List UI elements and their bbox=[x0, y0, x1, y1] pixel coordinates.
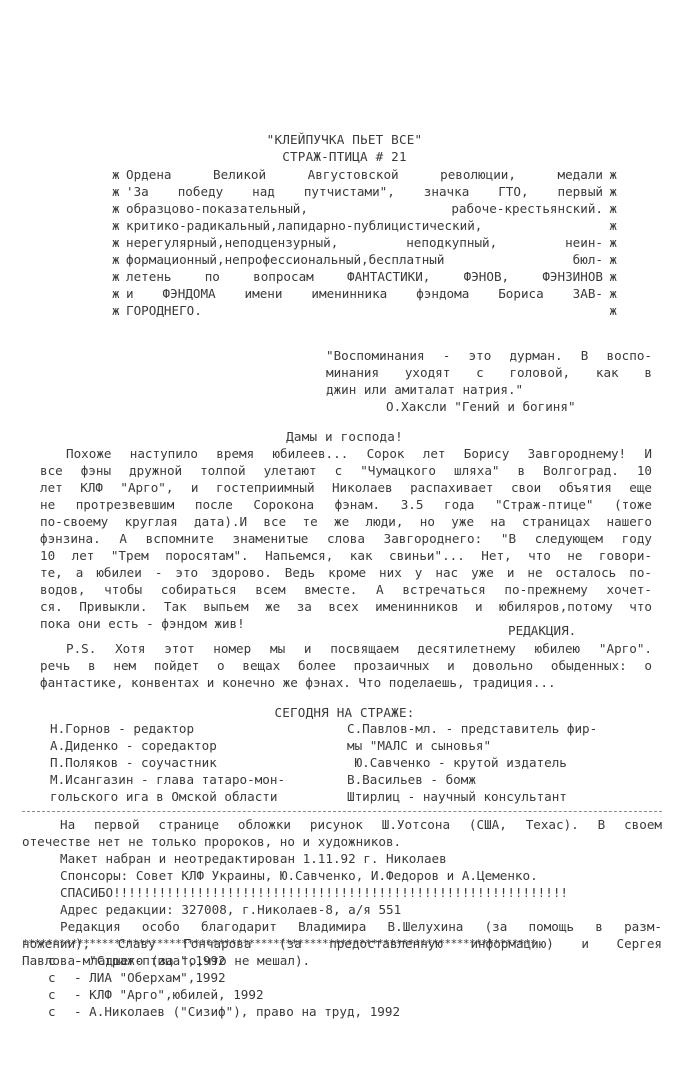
epigraph-attribution: О.Хаксли "Гений и богиня" bbox=[326, 398, 652, 415]
asterisk-icon: ж bbox=[112, 285, 120, 302]
copyright-text: - "Страж-птица",1992 bbox=[74, 953, 226, 968]
asterisk-icon: ж bbox=[112, 200, 120, 217]
cover-note-line: На первой странице обложки рисунок Ш.Уот… bbox=[22, 816, 662, 833]
copyright-text: - КЛФ "Арго",юбилей, 1992 bbox=[74, 987, 264, 1002]
section-divider bbox=[22, 811, 662, 812]
issue-number: СТРАЖ-ПТИЦА # 21 bbox=[0, 148, 689, 165]
copyright-item: c- "Страж-птица",1992 bbox=[48, 952, 548, 969]
copyright-text: - ЛИА "Оберхам",1992 bbox=[74, 970, 226, 985]
postscript-line: фантастике, конвентах и конечно же фэнах… bbox=[40, 674, 652, 691]
asterisk-icon: ж bbox=[112, 217, 120, 234]
fanzine-page: "КЛЕЙПУЧКА ПЬЕТ ВСЕ" СТРАЖ-ПТИЦА # 21 жО… bbox=[0, 0, 689, 1067]
cover-note-line: отечестве нет не только пророков, но и х… bbox=[22, 833, 662, 850]
staff-entry: Ю.Савченко - крутой издатель bbox=[347, 754, 657, 771]
editorial-body: Похоже наступило время юбилеев... Сорок … bbox=[40, 445, 652, 632]
editorial-greeting: Дамы и господа! bbox=[0, 428, 689, 445]
epigraph-line: "Воспоминания - это дурман. В воспо- bbox=[326, 347, 652, 364]
asterisk-icon: ж bbox=[609, 183, 617, 200]
copyright-item: c- ЛИА "Оберхам",1992 bbox=[48, 969, 548, 986]
staff-title: СЕГОДНЯ НА СТРАЖЕ: bbox=[0, 704, 689, 721]
epigraph: "Воспоминания - это дурман. В воспо- мин… bbox=[326, 347, 652, 415]
editorial-address: Адрес редакции: 327008, г.Николаев-8, а/… bbox=[22, 901, 662, 918]
staff-entry: М.Исангазин - глава татаро-мон- bbox=[50, 771, 350, 788]
masthead-text: образцово-показательный, рабоче-крестьян… bbox=[126, 200, 603, 217]
gratitude-line: Редакция особо благодарит Владимира В.Ше… bbox=[22, 918, 662, 935]
staff-entry: В.Васильев - бомж bbox=[347, 771, 657, 788]
masthead-block: жОрдена Великой Августовской революции, … bbox=[112, 166, 617, 319]
epigraph-line: минания уходят с головой, как в bbox=[326, 364, 652, 381]
staff-column-right: С.Павлов-мл. - представитель фир- мы "МА… bbox=[347, 720, 657, 805]
copyright-mark: c bbox=[48, 1003, 74, 1020]
editorial-line: лет КЛФ "Арго", и гостеприимный Николаев… bbox=[40, 479, 652, 496]
asterisk-icon: ж bbox=[609, 166, 617, 183]
postscript: P.S. Хотя этот номер мы и посвящаем деся… bbox=[40, 640, 652, 691]
staff-entry: Н.Горнов - редактор bbox=[50, 720, 350, 737]
copyright-mark: c bbox=[48, 952, 74, 969]
editorial-line: все фэны дружной толпой улетают с "Чумац… bbox=[40, 462, 652, 479]
editorial-line: те, а юбилеи - это здорово. Ведь кроме н… bbox=[40, 564, 652, 581]
fanzine-title: "КЛЕЙПУЧКА ПЬЕТ ВСЕ" bbox=[0, 131, 689, 148]
sponsors-line: Спонсоры: Совет КЛФ Украины, Ю.Савченко,… bbox=[22, 867, 662, 884]
staff-column-left: Н.Горнов - редактор А.Диденко - соредакт… bbox=[50, 720, 350, 805]
postscript-line: речь в нем пойдет о вещах более прозаичн… bbox=[40, 657, 652, 674]
asterisk-icon: ж bbox=[112, 234, 120, 251]
staff-entry: гольского ига в Омской области bbox=[50, 788, 350, 805]
copyright-item: c- А.Николаев ("Сизиф"), право на труд, … bbox=[48, 1003, 548, 1020]
staff-entry: С.Павлов-мл. - представитель фир- bbox=[347, 720, 657, 737]
masthead-line: жГОРОДНЕГО.ж bbox=[112, 302, 617, 319]
asterisk-icon: ж bbox=[112, 251, 120, 268]
copyright-item: c- КЛФ "Арго",юбилей, 1992 bbox=[48, 986, 548, 1003]
asterisk-icon: ж bbox=[112, 166, 120, 183]
masthead-line: жлетень по вопросам ФАНТАСТИКИ, ФЭНОВ, Ф… bbox=[112, 268, 617, 285]
masthead-line: жобразцово-показательный, рабоче-крестья… bbox=[112, 200, 617, 217]
masthead-line: ж'За победу над путчистами", значка ГТО,… bbox=[112, 183, 617, 200]
editorial-line: 10 лет "Трем поросятам". Напьемся, как с… bbox=[40, 547, 652, 564]
asterisk-icon: ж bbox=[609, 200, 617, 217]
masthead-line: жи ФЭНДОМА имени именинника фэндома Бори… bbox=[112, 285, 617, 302]
masthead-text: летень по вопросам ФАНТАСТИКИ, ФЭНОВ, ФЭ… bbox=[126, 268, 603, 285]
copyright-mark: c bbox=[48, 969, 74, 986]
asterisk-divider: ****************************************… bbox=[22, 935, 662, 952]
asterisk-icon: ж bbox=[609, 217, 617, 234]
masthead-text: нерегулярный,неподцензурный, неподкупный… bbox=[126, 234, 603, 251]
staff-entry: А.Диденко - соредактор bbox=[50, 737, 350, 754]
copyright-text: - А.Николаев ("Сизиф"), право на труд, 1… bbox=[74, 1004, 400, 1019]
postscript-line: P.S. Хотя этот номер мы и посвящаем деся… bbox=[40, 640, 652, 657]
editorial-line: водов, чтобы собираться всем вместе. А в… bbox=[40, 581, 652, 598]
asterisk-icon: ж bbox=[112, 302, 120, 319]
staff-entry: Штирлиц - научный консультант bbox=[347, 788, 657, 805]
staff-entry: П.Поляков - соучастник bbox=[50, 754, 350, 771]
copyright-mark: c bbox=[48, 986, 74, 1003]
editorial-line: не протрезвевшим после Сорокона фэнам. 3… bbox=[40, 496, 652, 513]
layout-note: Макет набран и неотредактирован 1.11.92 … bbox=[22, 850, 662, 867]
asterisk-icon: ж bbox=[112, 268, 120, 285]
asterisk-icon: ж bbox=[609, 234, 617, 251]
editorial-line: Похоже наступило время юбилеев... Сорок … bbox=[40, 445, 652, 462]
editorial-line: фэнзина. А вспомните знаменитые слова За… bbox=[40, 530, 652, 547]
masthead-line: жнерегулярный,неподцензурный, неподкупны… bbox=[112, 234, 617, 251]
staff-entry: мы "МАЛС и сыновья" bbox=[347, 737, 657, 754]
masthead-line: жкритико-радикальный,лапидарно-публицист… bbox=[112, 217, 617, 234]
masthead-text: ГОРОДНЕГО. bbox=[126, 302, 603, 319]
editorial-line: по-своему круглая дата).И все те же люди… bbox=[40, 513, 652, 530]
masthead-text: 'За победу над путчистами", значка ГТО, … bbox=[126, 183, 603, 200]
asterisk-icon: ж bbox=[609, 285, 617, 302]
editorial-line: ся. Привыкли. Так выпьем же за всех имен… bbox=[40, 598, 652, 615]
masthead-line: жформационный,непрофессиональный,бесплат… bbox=[112, 251, 617, 268]
masthead-text: Ордена Великой Августовской революции, м… bbox=[126, 166, 603, 183]
masthead-text: критико-радикальный,лапидарно-публицисти… bbox=[126, 217, 603, 234]
copyright-list: c- "Страж-птица",1992c- ЛИА "Оберхам",19… bbox=[48, 952, 548, 1020]
masthead-line: жОрдена Великой Августовской революции, … bbox=[112, 166, 617, 183]
asterisk-icon: ж bbox=[609, 302, 617, 319]
masthead-text: формационный,непрофессиональный,бесплатн… bbox=[126, 251, 603, 268]
asterisk-icon: ж bbox=[609, 268, 617, 285]
thanks-line: СПАСИБО!!!!!!!!!!!!!!!!!!!!!!!!!!!!!!!!!… bbox=[22, 884, 662, 901]
editorial-signature: РЕДАКЦИЯ. bbox=[508, 622, 576, 639]
asterisk-icon: ж bbox=[112, 183, 120, 200]
epigraph-line: джин или амиталат натрия." bbox=[326, 381, 652, 398]
asterisk-icon: ж bbox=[609, 251, 617, 268]
masthead-text: и ФЭНДОМА имени именинника фэндома Борис… bbox=[126, 285, 603, 302]
